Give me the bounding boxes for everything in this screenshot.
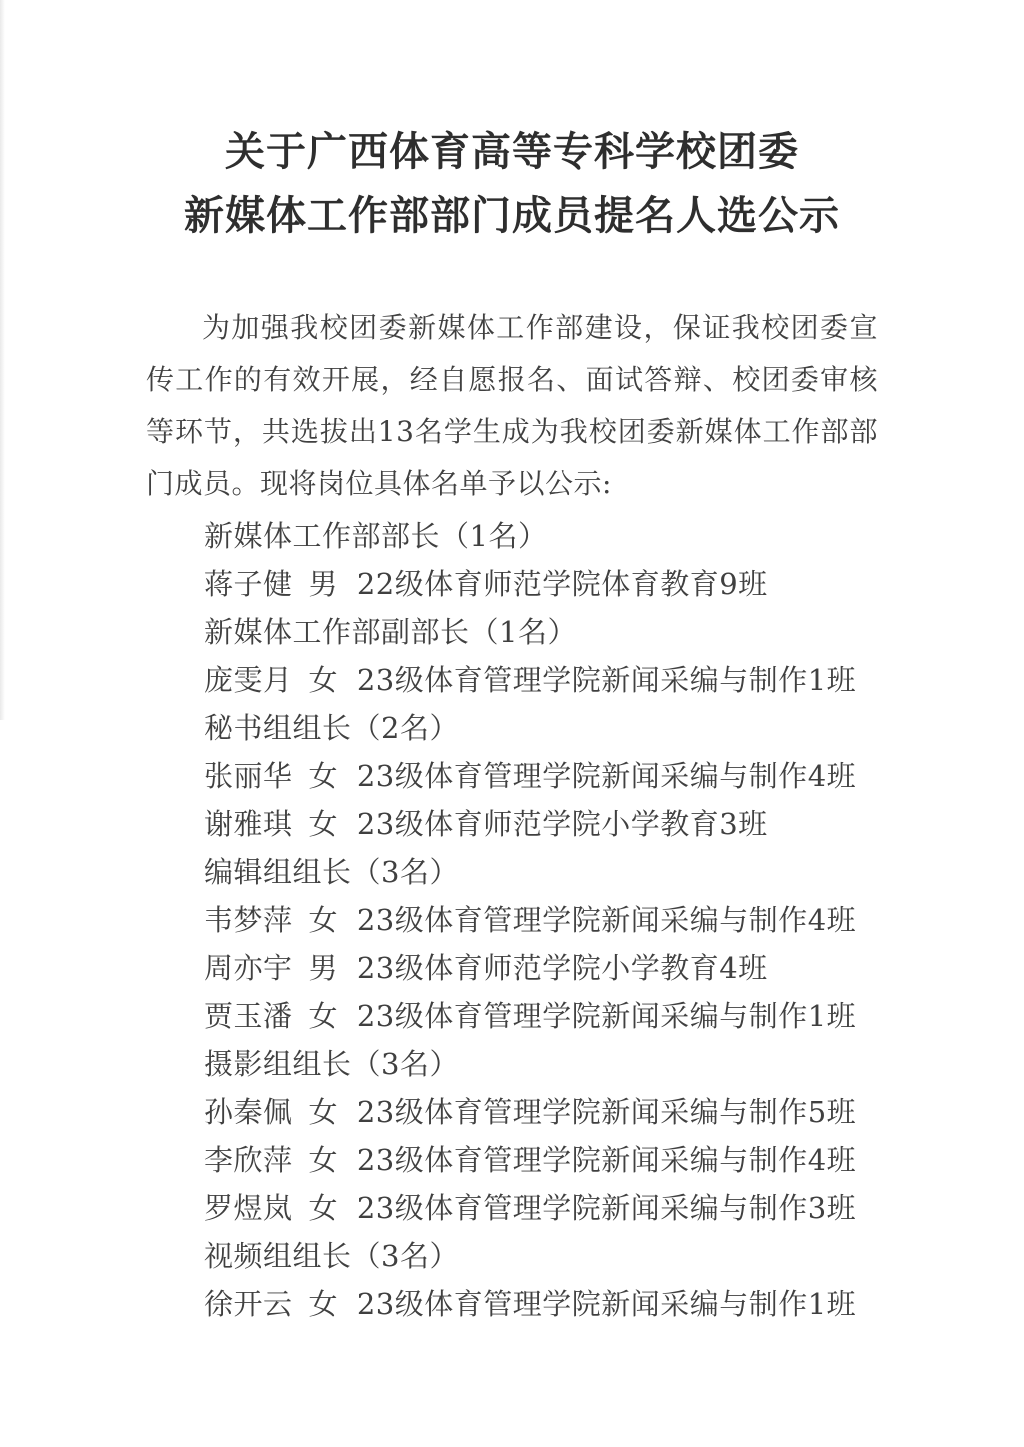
roster-member: 贾玉潘女23级体育管理学院新闻采编与制作1班 (146, 992, 878, 1040)
roster-list: 新媒体工作部部长（1名） 蒋子健男22级体育师范学院体育教育9班 新媒体工作部副… (146, 512, 878, 1328)
member-name: 周亦宇 (204, 951, 293, 985)
member-name: 徐开云 (204, 1287, 293, 1321)
intro-paragraph: 为加强我校团委新媒体工作部建设，保证我校团委宣传工作的有效开展，经自愿报名、面试… (146, 302, 878, 510)
roster-member: 罗煜岚女23级体育管理学院新闻采编与制作3班 (146, 1184, 878, 1232)
title-line-1: 关于广西体育高等专科学校团委 (146, 120, 878, 184)
roster-heading-director: 新媒体工作部部长（1名） (146, 512, 878, 560)
member-gender: 女 (308, 1287, 338, 1321)
roster-heading-deputy-director: 新媒体工作部副部长（1名） (146, 608, 878, 656)
member-name: 贾玉潘 (204, 999, 293, 1033)
member-name: 韦梦萍 (204, 903, 293, 937)
member-gender: 女 (308, 807, 338, 841)
roster-heading-secretary-group: 秘书组组长（2名） (146, 704, 878, 752)
roster-member: 韦梦萍女23级体育管理学院新闻采编与制作4班 (146, 896, 878, 944)
roster-member: 张丽华女23级体育管理学院新闻采编与制作4班 (146, 752, 878, 800)
member-name: 蒋子健 (204, 567, 293, 601)
member-class: 23级体育师范学院小学教育3班 (357, 807, 768, 841)
member-class: 23级体育管理学院新闻采编与制作4班 (357, 1143, 856, 1177)
member-gender: 男 (308, 567, 338, 601)
roster-member: 蒋子健男22级体育师范学院体育教育9班 (146, 560, 878, 608)
member-class: 22级体育师范学院体育教育9班 (357, 567, 768, 601)
roster-heading-photo-group: 摄影组组长（3名） (146, 1040, 878, 1088)
member-class: 23级体育管理学院新闻采编与制作3班 (357, 1191, 856, 1225)
document-page: 关于广西体育高等专科学校团委 新媒体工作部部门成员提名人选公示 为加强我校团委新… (0, 0, 1024, 1447)
member-gender: 女 (308, 663, 338, 697)
member-name: 谢雅琪 (204, 807, 293, 841)
member-class: 23级体育管理学院新闻采编与制作5班 (357, 1095, 856, 1129)
member-class: 23级体育管理学院新闻采编与制作1班 (357, 999, 856, 1033)
member-name: 孙秦佩 (204, 1095, 293, 1129)
member-name: 罗煜岚 (204, 1191, 293, 1225)
member-gender: 女 (308, 759, 338, 793)
member-gender: 女 (308, 1143, 338, 1177)
roster-member: 谢雅琪女23级体育师范学院小学教育3班 (146, 800, 878, 848)
roster-member: 庞雯月女23级体育管理学院新闻采编与制作1班 (146, 656, 878, 704)
member-gender: 女 (308, 1191, 338, 1225)
member-class: 23级体育管理学院新闻采编与制作4班 (357, 759, 856, 793)
member-name: 庞雯月 (204, 663, 293, 697)
roster-heading-editor-group: 编辑组组长（3名） (146, 848, 878, 896)
member-class: 23级体育师范学院小学教育4班 (357, 951, 768, 985)
member-class: 23级体育管理学院新闻采编与制作4班 (357, 903, 856, 937)
roster-heading-video-group: 视频组组长（3名） (146, 1232, 878, 1280)
member-gender: 女 (308, 903, 338, 937)
member-name: 张丽华 (204, 759, 293, 793)
member-class: 23级体育管理学院新闻采编与制作1班 (357, 1287, 856, 1321)
roster-member: 孙秦佩女23级体育管理学院新闻采编与制作5班 (146, 1088, 878, 1136)
title-line-2: 新媒体工作部部门成员提名人选公示 (146, 184, 878, 248)
document-title: 关于广西体育高等专科学校团委 新媒体工作部部门成员提名人选公示 (146, 120, 878, 248)
roster-member: 周亦宇男23级体育师范学院小学教育4班 (146, 944, 878, 992)
member-class: 23级体育管理学院新闻采编与制作1班 (357, 663, 856, 697)
roster-member: 徐开云女23级体育管理学院新闻采编与制作1班 (146, 1280, 878, 1328)
member-gender: 男 (308, 951, 338, 985)
roster-member: 李欣萍女23级体育管理学院新闻采编与制作4班 (146, 1136, 878, 1184)
scan-edge-artifact (0, 0, 5, 720)
member-name: 李欣萍 (204, 1143, 293, 1177)
member-gender: 女 (308, 999, 338, 1033)
member-gender: 女 (308, 1095, 338, 1129)
